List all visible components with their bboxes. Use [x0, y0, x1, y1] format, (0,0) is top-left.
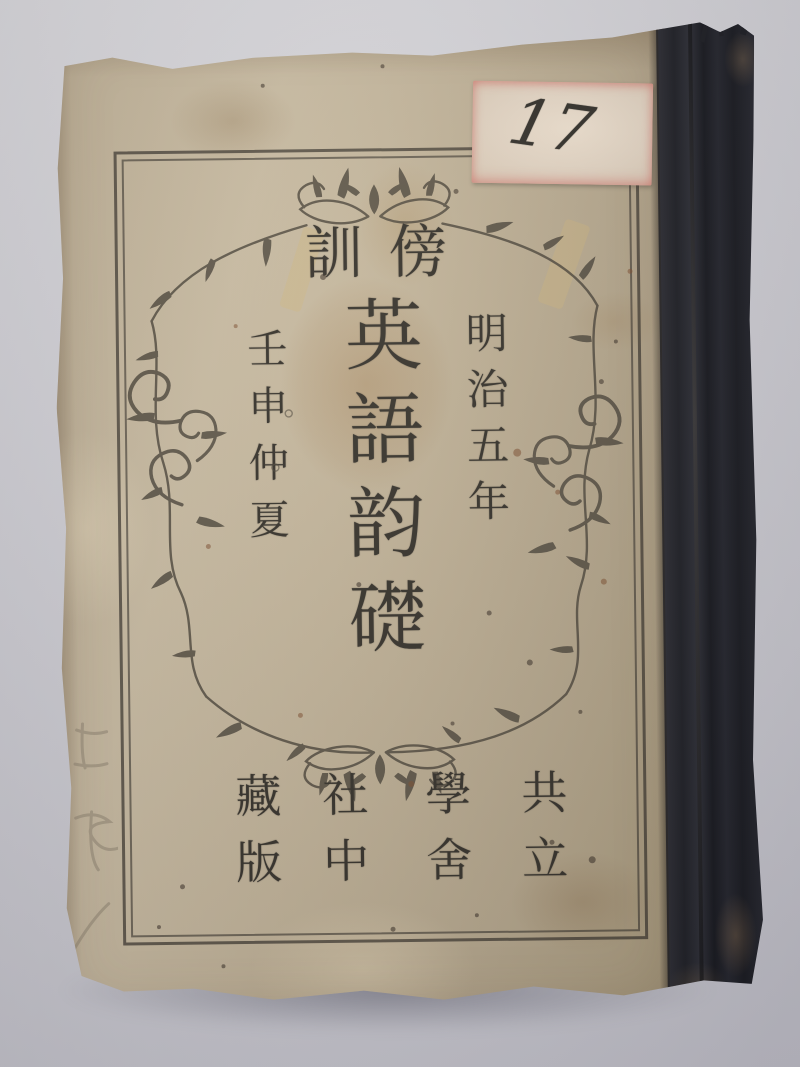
label-number: 17 — [502, 85, 601, 168]
library-label: 17 — [472, 81, 654, 186]
photo-background: 傍 訓 英語韵礎 明治五年 壬申仲夏 共立 學舍 社中 藏版 — [0, 0, 800, 1067]
spine-ridge — [688, 21, 704, 1005]
book: 傍 訓 英語韵礎 明治五年 壬申仲夏 共立 學舍 社中 藏版 — [52, 20, 766, 1013]
spine-cloth — [656, 20, 766, 1005]
